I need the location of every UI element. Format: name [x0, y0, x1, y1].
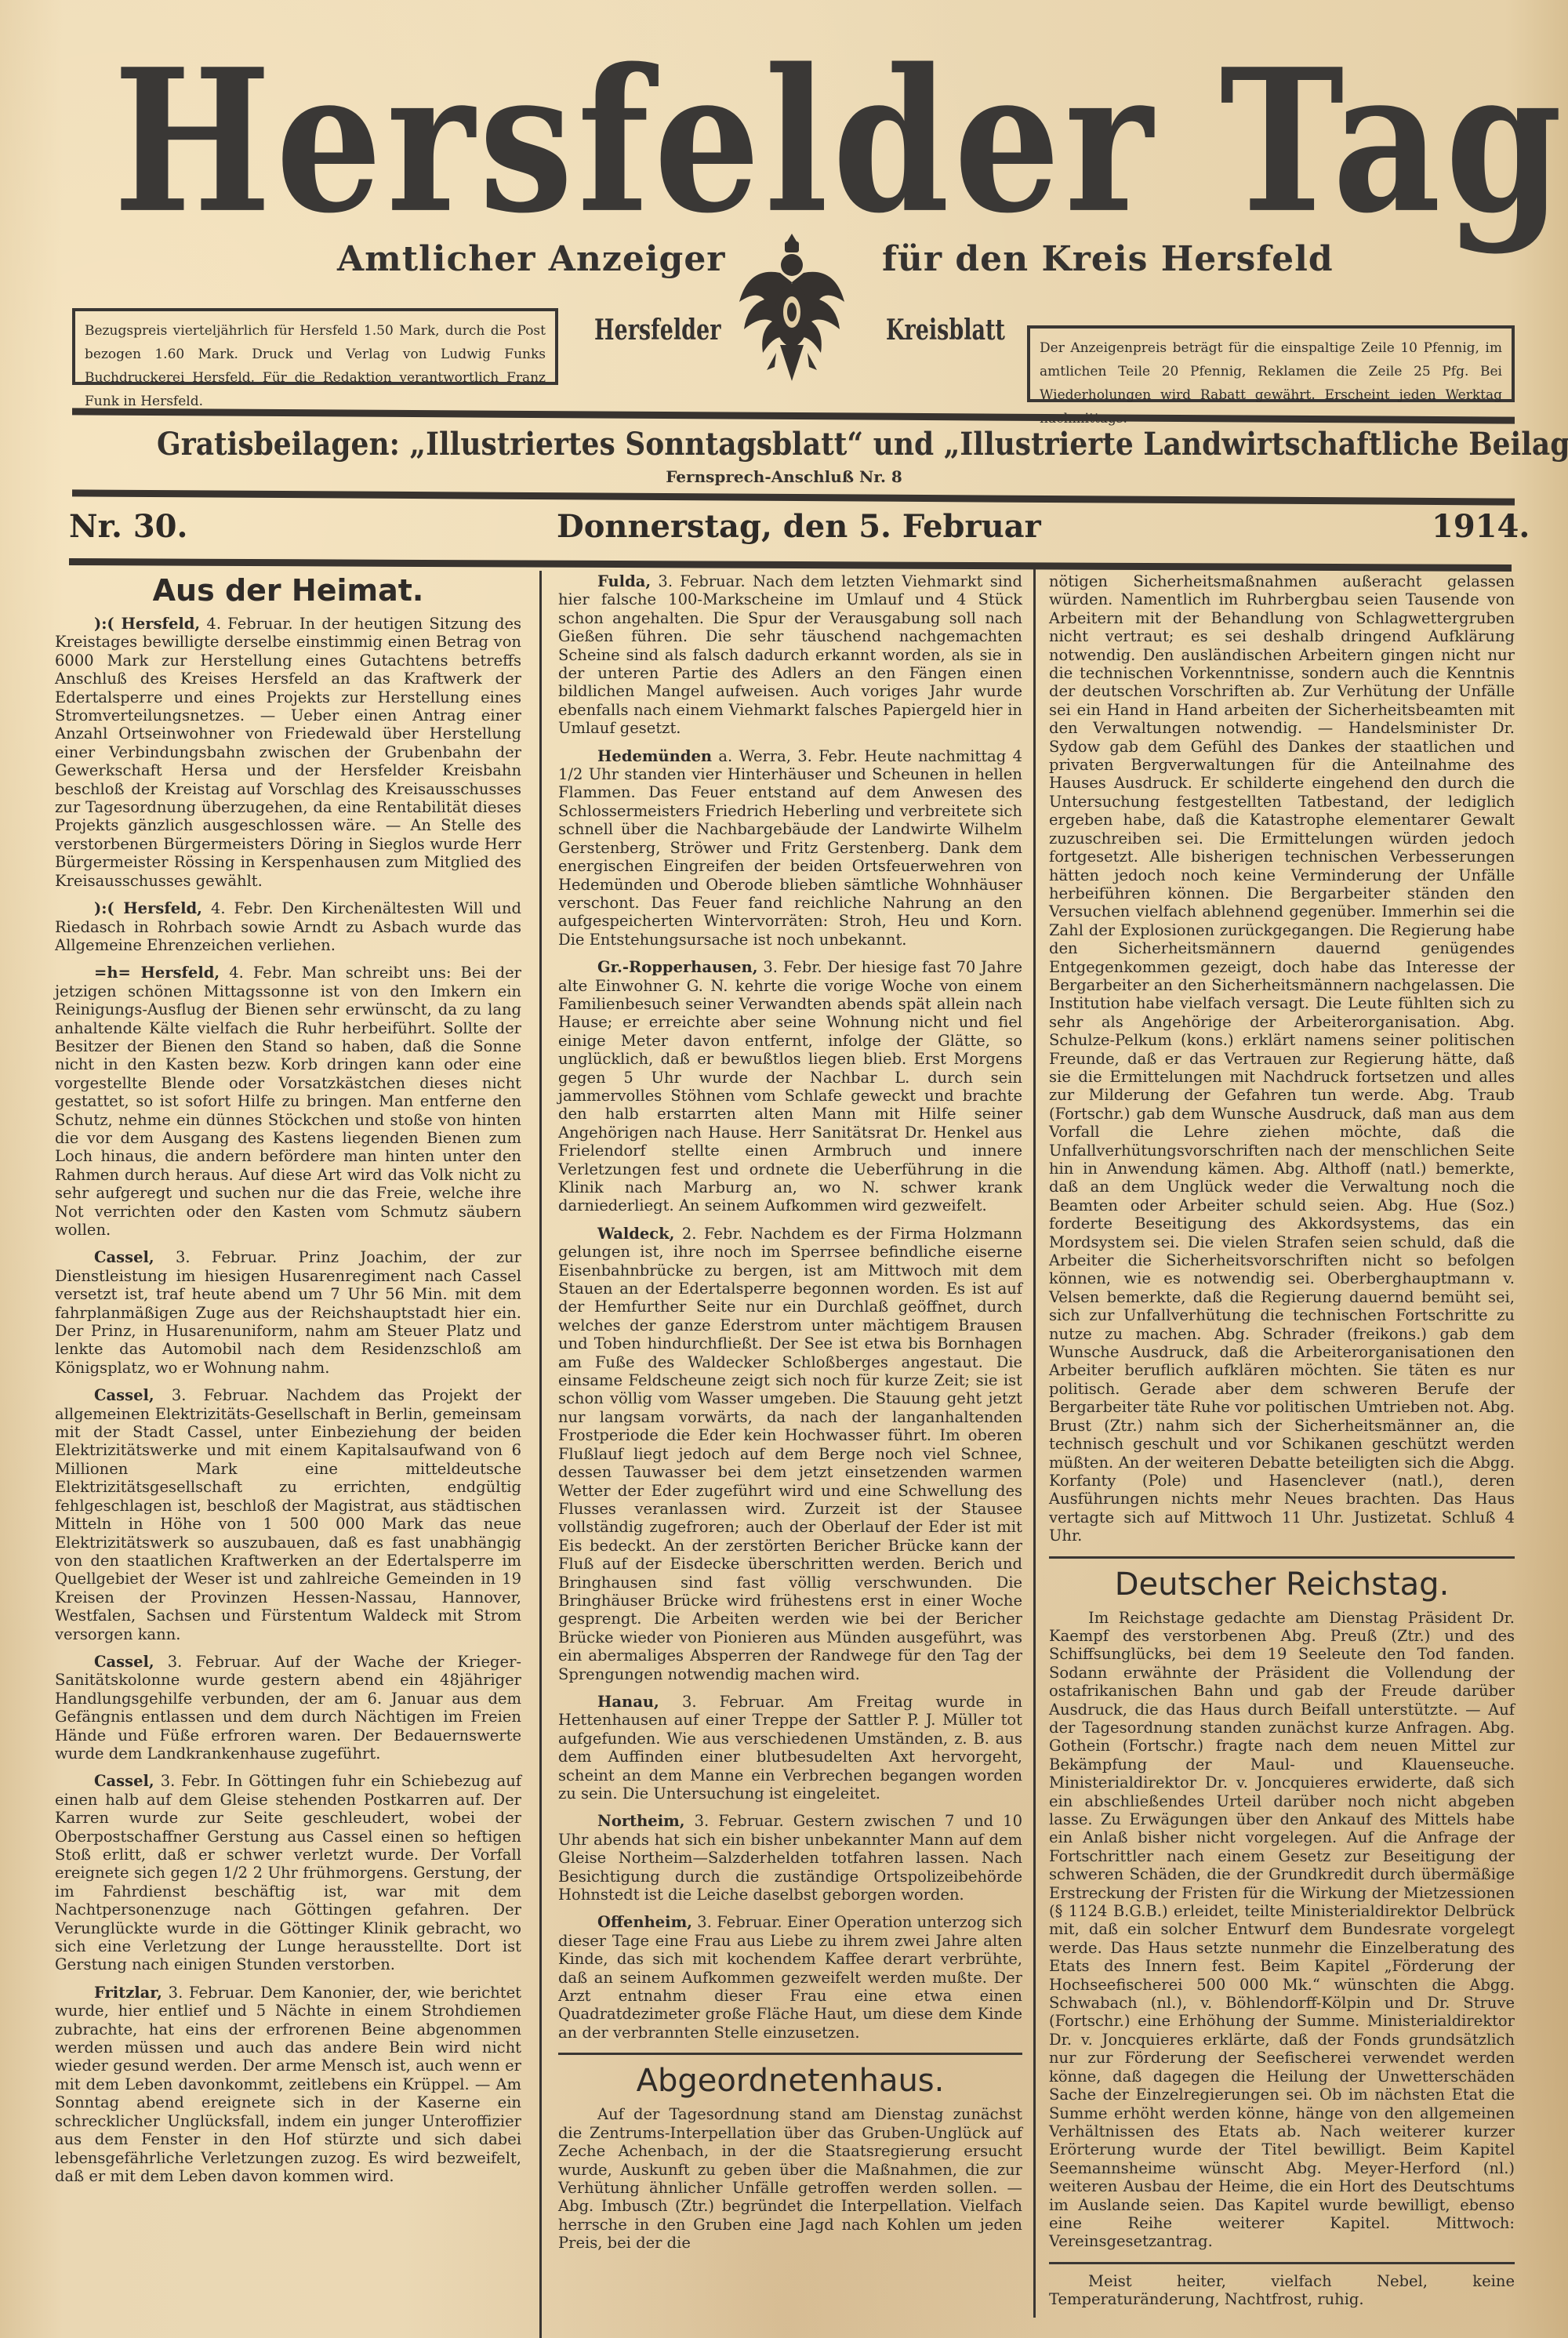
article-abgeordnetenhaus-continued: nötigen Sicherheitsmaßnahmen außeracht g… — [1049, 572, 1515, 1545]
issue-date: Donnerstag, den 5. Februar — [557, 508, 1041, 545]
article-abgeordnetenhaus: Auf der Tagesordnung stand am Dienstag z… — [558, 2105, 1022, 2252]
phone-line: Fernsprech-Anschluß Nr. 8 — [0, 467, 1568, 486]
section-divider — [558, 2053, 1022, 2055]
crest-label-right: Kreisblatt — [886, 314, 1005, 347]
column-3: nötigen Sicherheitsmaßnahmen außeracht g… — [1049, 572, 1515, 2318]
article-reichstag: Im Reichstage gedachte am Dienstag Präsi… — [1049, 1609, 1515, 2251]
article: Hanau, 3. Februar. Am Freitag wurde in H… — [558, 1693, 1022, 1803]
article: Gr.-Ropperhausen, 3. Febr. Der hiesige f… — [558, 958, 1022, 1215]
divider-rule — [72, 408, 1515, 423]
article: Cassel, 3. Februar. Prinz Joachim, der z… — [55, 1248, 521, 1377]
article-dateline: =h= Hersfeld, — [94, 964, 220, 982]
section-divider — [1049, 2262, 1515, 2264]
column-divider — [539, 571, 542, 2338]
article-dateline: Cassel, — [94, 1248, 154, 1266]
article-dateline: Cassel, — [94, 1772, 154, 1790]
article-body: 4. Februar. In der heutigen Sitzung des … — [55, 615, 521, 890]
article-dateline: ):( Hersfeld, — [94, 615, 200, 633]
divider-rule — [69, 558, 1512, 572]
article-body: 2. Febr. Nachdem es der Firma Holzmann g… — [558, 1225, 1022, 1683]
article-dateline: Gr.-Ropperhausen, — [597, 958, 758, 976]
article-body: 3. Februar. Nachdem das Projekt der allg… — [55, 1386, 521, 1643]
article-body: 3. Februar. Nach dem letzten Viehmarkt s… — [558, 572, 1022, 737]
article-body: a. Werra, 3. Febr. Heute nachmittag 4 1/… — [558, 747, 1022, 949]
article: Fulda, 3. Februar. Nach dem letzten Vieh… — [558, 572, 1022, 738]
article-body: 3. Februar. Prinz Joachim, der zur Diens… — [55, 1248, 521, 1376]
article: Cassel, 3. Februar. Nachdem das Projekt … — [55, 1386, 521, 1643]
article-dateline: Hedemünden — [597, 747, 712, 765]
article-dateline: Waldeck, — [597, 1225, 674, 1243]
imperial-eagle-icon — [733, 227, 851, 384]
masthead-title: Hersfelder Tageblatt — [113, 31, 1454, 252]
issue-year: 1914. — [1432, 508, 1530, 545]
article-dateline: Hanau, — [597, 1693, 659, 1711]
article-dateline: Northeim, — [597, 1812, 685, 1830]
article: Hedemünden a. Werra, 3. Febr. Heute nach… — [558, 747, 1022, 949]
article-list: Fulda, 3. Februar. Nach dem letzten Vieh… — [558, 572, 1022, 2042]
advertising-rates-box: Der Anzeigenpreis beträgt für die einspa… — [1027, 325, 1515, 402]
subtitle-official-gazette: Amtlicher Anzeiger — [337, 239, 726, 279]
article-body: 3. Febr. Der hiesige fast 70 Jahre alte … — [558, 958, 1022, 1214]
section-heading-abgeordnetenhaus: Abgeordnetenhaus. — [558, 2063, 1022, 2099]
section-heading-reichstag: Deutscher Reichstag. — [1049, 1567, 1515, 1603]
article: Waldeck, 2. Febr. Nachdem es der Firma H… — [558, 1225, 1022, 1683]
article-body: 4. Febr. Man schreibt uns: Bei der jetzi… — [55, 964, 521, 1239]
column-2: Fulda, 3. Februar. Nach dem letzten Vieh… — [558, 572, 1022, 2262]
article-dateline: ):( Hersfeld, — [94, 899, 202, 917]
article-dateline: Fulda, — [597, 572, 651, 590]
article-dateline: Cassel, — [94, 1386, 154, 1404]
column-divider — [1033, 569, 1036, 2318]
article: Fritzlar, 3. Februar. Dem Kanonier, der,… — [55, 1984, 521, 2185]
article: Cassel, 3. Febr. In Göttingen fuhr ein S… — [55, 1772, 521, 1973]
section-divider — [1049, 1556, 1515, 1559]
article: Offenheim, 3. Februar. Einer Operation u… — [558, 1913, 1022, 2042]
crest-label-left: Hersfelder — [594, 314, 720, 347]
article: Cassel, 3. Februar. Auf der Wache der Kr… — [55, 1653, 521, 1763]
divider-rule — [72, 489, 1515, 505]
article-dateline: Fritzlar, — [94, 1984, 162, 2002]
supplements-line: Gratisbeilagen: „Illustriertes Sonntagsb… — [157, 426, 1427, 463]
article: ):( Hersfeld, 4. Febr. Den Kirchenältest… — [55, 899, 521, 954]
article-body: 3. Febr. In Göttingen fuhr ein Schiebezu… — [55, 1772, 521, 1973]
article-dateline: Offenheim, — [597, 1913, 692, 1931]
newspaper-page: Hersfelder Tageblatt Amtlicher Anzeiger … — [0, 0, 1568, 2338]
article: =h= Hersfeld, 4. Febr. Man schreibt uns:… — [55, 964, 521, 1239]
article: ):( Hersfeld, 4. Februar. In der heutige… — [55, 615, 521, 890]
article-body: 3. Februar. Dem Kanonier, der, wie beric… — [55, 1984, 521, 2185]
issue-number: Nr. 30. — [69, 508, 187, 545]
article-list: ):( Hersfeld, 4. Februar. In der heutige… — [55, 615, 521, 2185]
article-body: 3. Februar. Einer Operation unterzog sic… — [558, 1913, 1022, 2041]
weather-forecast: Meist heiter, vielfach Nebel, keine Temp… — [1049, 2272, 1515, 2309]
article: Northeim, 3. Februar. Gestern zwischen 7… — [558, 1812, 1022, 1904]
article-dateline: Cassel, — [94, 1653, 154, 1671]
subtitle-district: für den Kreis Hersfeld — [882, 239, 1334, 279]
subscription-info-box: Bezugspreis vierteljährlich für Hersfeld… — [72, 308, 558, 385]
section-heading-local-news: Aus der Heimat. — [55, 572, 521, 608]
column-1: Aus der Heimat. ):( Hersfeld, 4. Februar… — [55, 572, 521, 2195]
